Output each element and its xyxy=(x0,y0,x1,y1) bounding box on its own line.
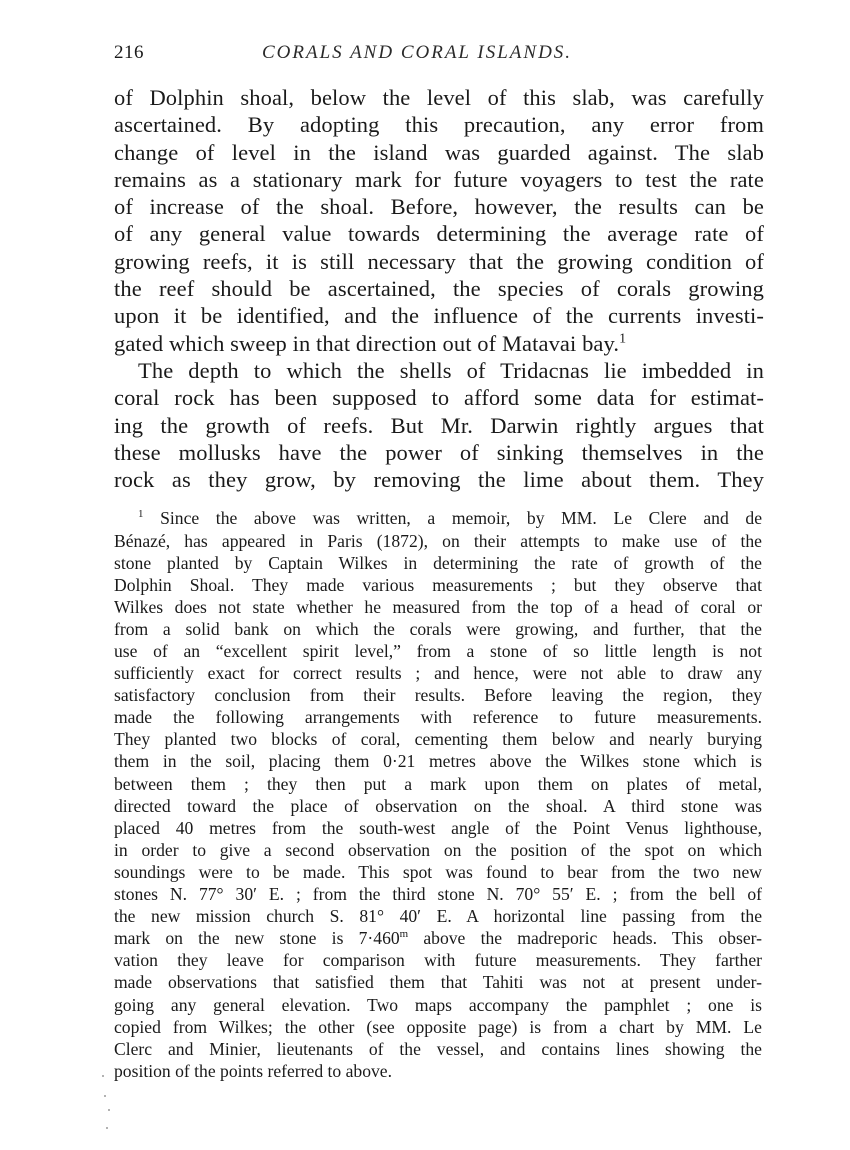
footnote-line: going any general elevation. Two maps ac… xyxy=(114,994,762,1016)
footnote-line: stone planted by Captain Wilkes in deter… xyxy=(114,552,762,574)
footnote: 1 Since the above was written, a memoir,… xyxy=(114,507,764,1081)
running-head: 216 CORALS AND CORAL ISLANDS. xyxy=(114,42,764,72)
footnote-line: 1 Since the above was written, a memoir,… xyxy=(114,507,762,529)
text-line: of any general value towards determining… xyxy=(114,220,764,247)
footnote-line: them in the soil, placing them 0·21 metr… xyxy=(114,750,762,772)
text-line: these mollusks have the power of sinking… xyxy=(114,439,764,466)
footnote-line: made the following arrangements with ref… xyxy=(114,706,762,728)
footnote-marker: 1 xyxy=(138,509,143,521)
footnote-line: Clerc and Minier, lieutenants of the ves… xyxy=(114,1038,762,1060)
footnote-line: Bénazé, has appeared in Paris (1872), on… xyxy=(114,530,762,552)
paragraph-start-line: The depth to which the shells of Tridacn… xyxy=(114,357,764,384)
footnote-line: copied from Wilkes; the other (see oppos… xyxy=(114,1016,762,1038)
text-line: coral rock has been supposed to afford s… xyxy=(114,384,764,411)
text-line-content: gated which sweep in that direction out … xyxy=(114,331,619,356)
footnote-line: mark on the new stone is 7·460m above th… xyxy=(114,927,762,949)
footnote-line: use of an “excellent spirit level,” from… xyxy=(114,640,762,662)
text-line: ing the growth of reefs. But Mr. Darwin … xyxy=(114,412,764,439)
text-line: growing reefs, it is still necessary tha… xyxy=(114,248,764,275)
footnote-line: vation they leave for comparison with fu… xyxy=(114,949,762,971)
text-line: rock as they grow, by removing the lime … xyxy=(114,466,764,493)
footnote-line: Dolphin Shoal. They made various measure… xyxy=(114,574,762,596)
footnote-line: stones N. 77° 30′ E. ; from the third st… xyxy=(114,883,762,905)
text-line: of increase of the shoal. Before, howeve… xyxy=(114,193,764,220)
book-page: 216 CORALS AND CORAL ISLANDS. of Dolphin… xyxy=(114,42,764,1082)
footnote-line: sufficiently exact for correct results ;… xyxy=(114,662,762,684)
footnote-line: from a solid bank on which the corals we… xyxy=(114,618,762,640)
footnote-line: position of the points referred to above… xyxy=(114,1060,762,1082)
text-line: gated which sweep in that direction out … xyxy=(114,330,764,357)
text-line: upon it be identified, and the influence… xyxy=(114,302,764,329)
footnote-line: Wilkes does not state whether he measure… xyxy=(114,596,762,618)
footnote-line-content: Since the above was written, a memoir, b… xyxy=(160,508,762,528)
speck xyxy=(104,1095,106,1097)
footnote-line: made observations that satisfied them th… xyxy=(114,971,762,993)
unit-superscript: m xyxy=(400,928,408,940)
footnote-line: in order to give a second observation on… xyxy=(114,839,762,861)
footnote-line: directed toward the place of observation… xyxy=(114,795,762,817)
footnote-line-content: above the madreporic heads. This obser- xyxy=(408,928,762,948)
speck xyxy=(108,1109,110,1111)
footnote-line: soundings were to be made. This spot was… xyxy=(114,861,762,883)
text-line: the reef should be ascertained, the spec… xyxy=(114,275,764,302)
footnote-line: satisfactory conclusion from their resul… xyxy=(114,684,762,706)
footnote-line: placed 40 metres from the south-west ang… xyxy=(114,817,762,839)
footnote-line: the new mission church S. 81° 40′ E. A h… xyxy=(114,905,762,927)
scan-specks xyxy=(100,1075,120,1135)
speck xyxy=(102,1075,104,1077)
text-line: remains as a stationary mark for future … xyxy=(114,166,764,193)
footnote-line: between them ; they then put a mark upon… xyxy=(114,773,762,795)
text-line: change of level in the island was guarde… xyxy=(114,139,764,166)
speck xyxy=(106,1127,108,1129)
page-number: 216 xyxy=(114,42,144,64)
text-line: of Dolphin shoal, below the level of thi… xyxy=(114,84,764,111)
text-line: ascertained. By adopting this precaution… xyxy=(114,111,764,138)
running-title: CORALS AND CORAL ISLANDS. xyxy=(262,42,572,64)
footnote-reference[interactable]: 1 xyxy=(619,331,626,346)
footnote-line: They planted two blocks of coral, cement… xyxy=(114,728,762,750)
main-text: of Dolphin shoal, below the level of thi… xyxy=(114,84,764,493)
footnote-line-content: mark on the new stone is 7·460 xyxy=(114,928,400,948)
